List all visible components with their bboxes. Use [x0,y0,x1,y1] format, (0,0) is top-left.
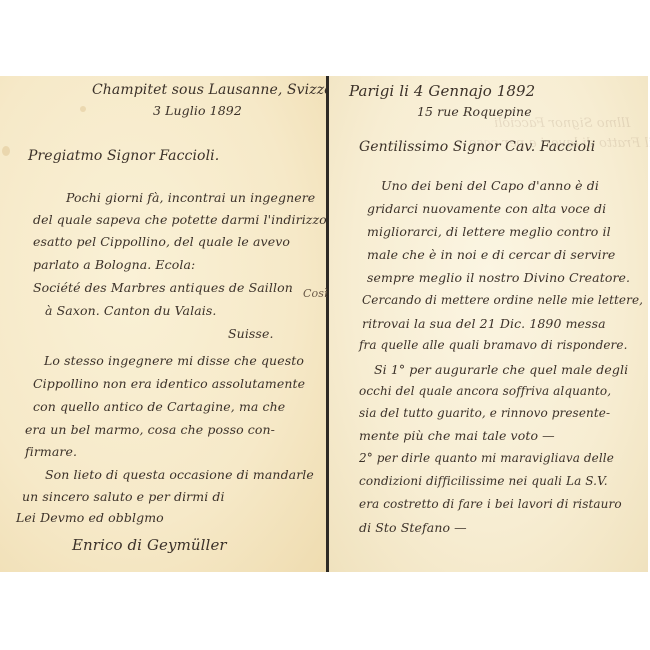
letter-line: Cercando di mettere ordine nelle mie let… [362,293,643,307]
letter-line: male che è in noi e di cercar di servire [367,247,615,262]
letter-line: Cippollino non era identico assolutament… [33,376,305,391]
letter-line: condizioni difficilissime nei quali La S… [359,474,608,488]
letter-line: era costretto di fare i bei lavori di ri… [359,497,622,511]
letter-spread: Champitet sous Lausanne, Svizzera 3 Lugl… [0,76,648,572]
paper-stain [80,106,86,112]
letter-line: un sincero saluto e per dirmi di [22,489,225,504]
letter-salutation: Gentilissimo Signor Cav. Faccioli [359,139,595,155]
letter-salutation: Pregiatmo Signor Faccioli. [28,148,219,164]
letter-line: à Saxon. Canton du Valais. [45,303,216,318]
letter-line: era un bel marmo, cosa che posso con- [25,422,275,437]
letter-line: esatto pel Cippollino, del quale le avev… [33,234,290,249]
letter-line: sempre meglio il nostro Divino Creatore. [367,270,630,285]
letter-line: Suisse. [228,326,274,341]
letter-line: fra quelle alle quali bramavo di rispond… [359,338,628,352]
letter-line: Son lieto di questa occasione di mandarl… [45,467,314,482]
left-letter-page: Champitet sous Lausanne, Svizzera 3 Lugl… [0,76,326,572]
letter-line: mente più che mai tale voto — [359,428,555,443]
letter-address: 15 rue Roquepine [417,104,532,119]
letter-line: parlato a Bologna. Ecola: [33,257,195,272]
letter-line: 2° per dirle quanto mi maravigliava dell… [359,451,614,465]
letter-line: Uno dei beni del Capo d'anno è di [381,178,599,193]
letter-line: gridarci nuovamente con alta voce di [367,201,606,216]
letter-line: con quello antico de Cartagine, ma che [33,399,285,414]
letter-line: Lei Devmo ed obblgmo [16,510,164,525]
letter-line: migliorarci, di lettere meglio contro il [367,224,611,239]
letter-line: ritrovai la sua del 21 Dic. 1890 messa [362,316,606,331]
letter-line: Société des Marbres antiques de Saillon [33,280,293,295]
margin-note: Così [303,287,328,300]
letter-line: firmare. [25,444,77,459]
right-letter-page: Illmo Signor Faccioli il Fratto di lavor… [329,76,648,572]
letter-place: Champitet sous Lausanne, Svizzera [92,82,348,98]
letter-line: del quale sapeva che potette darmi l'ind… [33,212,327,227]
letter-line: occhi del quale ancora soffriva alquanto… [359,384,611,398]
letter-line: Lo stesso ingegnere mi disse che questo [44,353,304,368]
letter-line: Si 1° per augurarle che quel male degli [374,362,628,377]
paper-stain [2,146,10,156]
letter-signature: Enrico di Geymüller [72,536,227,554]
letter-line: Pochi giorni fà, incontrai un ingegnere [66,190,315,205]
letter-line: sia del tutto guarito, e rinnovo present… [359,406,610,420]
letter-place-date: Parigi li 4 Gennajo 1892 [349,82,535,100]
letter-date: 3 Luglio 1892 [153,103,242,118]
letter-line: di Sto Stefano — [359,520,467,535]
